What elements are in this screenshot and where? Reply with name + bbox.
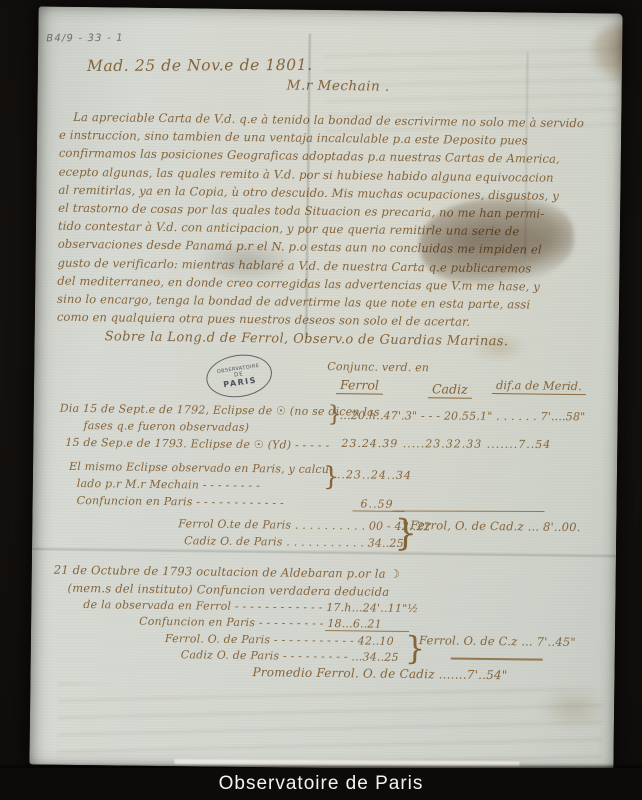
occultation-paris-value: Confuncion en Paris - - - - - - - - - 18… (139, 615, 382, 631)
caption-label: Observatoire de Paris (219, 773, 424, 795)
photograph-background: B4/9 - 33 - 1 Mad. 25 de Nov.e de 1801. … (0, 0, 642, 800)
obs-conjunction-paris-label: Confuncion en Paris - - - - - - - - - - … (77, 494, 285, 510)
obs-ferrol-west-paris: Ferrol O.te de Paris . . . . . . . . . .… (178, 517, 431, 533)
obs-row-paris-label: El mismo Eclipse observado en Paris, y c… (69, 460, 333, 476)
observatoire-de-paris-stamp: OBSERVATOIRE DE PARIS (203, 350, 274, 401)
obs-row-paris-label2: lado p.r M.r Mechain - - - - - - - - (77, 477, 260, 492)
ink-underline (325, 630, 409, 632)
occultation-line-2: (mem.s del instituto) Confuncion verdade… (67, 581, 389, 599)
occultation-ferrol-value: de la observada en Ferrol - - - - - - - … (83, 598, 418, 615)
column-group-header: Conjunc. verd. en (327, 360, 429, 374)
manuscript-page: B4/9 - 33 - 1 Mad. 25 de Nov.e de 1801. … (29, 6, 622, 771)
obs-conjunction-paris-value: 6..59 (361, 497, 394, 510)
column-header-cadiz: Cadiz (428, 381, 472, 399)
occultation-cadiz-west-paris: Cadiz O. de Paris - - - - - - - - - ...3… (181, 648, 399, 664)
letter-salutation: M.r Mechain . (287, 77, 390, 94)
obs-row-paris-values: ..23..24..34 (337, 468, 412, 482)
occultation-result: Ferrol. O. de C.z ... 7'..45" (419, 633, 576, 649)
obs-row-1792-label2: fases q.e fueron observadas) (83, 419, 249, 434)
ink-underline (451, 658, 543, 661)
occultation-line-1: 21 de Octubre de 1793 ocultacion de Alde… (54, 563, 400, 581)
obs-row-1793-values: 23.24.39 .....23.32.33 .......7..54 (341, 437, 551, 451)
archive-call-number: B4/9 - 33 - 1 (46, 33, 124, 45)
letter-body: La apreciable Carta de V.d. q.e à tenido… (57, 108, 620, 333)
obs-result-ferrol-cadiz: Ferrol, O. de Cad.z ... 8'..00. (410, 518, 580, 534)
occultation-ferrol-west-paris: Ferrol. O. de Paris - - - - - - - - - - … (165, 632, 394, 648)
caption-band: Observatoire de Paris (0, 768, 642, 800)
ink-bleedthrough (57, 683, 602, 768)
column-header-diff-meridian: dif.a de Merid. (492, 378, 586, 395)
column-header-ferrol: Ferrol (336, 377, 383, 395)
paper-stain (540, 687, 607, 730)
stamp-text: PARIS (223, 375, 258, 389)
ink-rule (393, 510, 545, 512)
obs-row-1793-label: 15 de Sep.e de 1793. Eclipse de ☉ (Yd) -… (65, 436, 329, 452)
section-heading: Sobre la Long.d de Ferrol, Observ.o de G… (105, 329, 509, 349)
paper-stain (590, 23, 623, 84)
letter-dateline: Mad. 25 de Nov.e de 1801. (87, 56, 313, 75)
obs-cadiz-west-paris: Cadiz O. de Paris . . . . . . . . . . . … (184, 534, 404, 550)
promedio-result: Promedio Ferrol. O. de Cadiz .......7'..… (252, 665, 507, 682)
paper-edge-highlight (174, 759, 519, 766)
obs-row-1792-values: ...20.h..47'.3" - - - 20.55.1" . . . . .… (340, 409, 586, 423)
